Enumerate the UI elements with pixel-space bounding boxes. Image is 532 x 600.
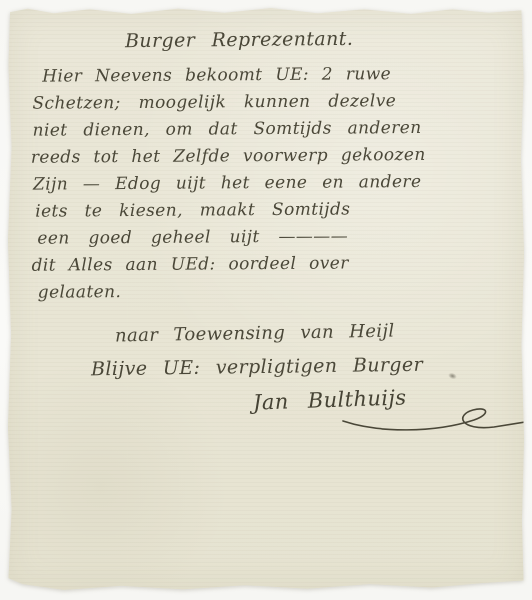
letter-body-line: Hier Neevens bekoomt UE: 2 ruwe: [42, 60, 516, 90]
letter-body-line: reeds tot het Zelfde voorwerp gekoozen: [31, 141, 517, 171]
letter-body-line: Schetzen; moogelijk kunnen dezelve: [32, 87, 516, 117]
letter-body-line: niet dienen, om dat Somtijds anderen: [33, 114, 517, 144]
letter-body: Hier Neevens bekoomt UE: 2 ruwe Schetzen…: [30, 60, 518, 306]
letter-closing-wish: naar Toewensing van Heijl: [115, 321, 395, 347]
letter-body-line: dit Alles aan UEd: oordeel over: [31, 249, 517, 279]
scan-background: Burger Reprezentant. Hier Neevens bekoom…: [0, 0, 532, 600]
paper-shadow: Burger Reprezentant. Hier Neevens bekoom…: [0, 0, 532, 600]
letter-body-line: Zijn — Edog uijt het eene en andere: [33, 168, 517, 198]
letter-body-line: gelaaten.: [38, 276, 518, 306]
letter-closing-valediction: Blijve UE: verpligtigen Burger: [91, 354, 423, 381]
letter-body-line: iets te kiesen, maakt Somtijds: [35, 195, 517, 225]
ink-smudge: [447, 372, 458, 381]
letter-body-line: een goed geheel uijt ————: [37, 222, 517, 252]
letter-paper: Burger Reprezentant. Hier Neevens bekoom…: [7, 7, 525, 591]
letter-salutation: Burger Reprezentant.: [125, 28, 353, 52]
signature-flourish: [339, 405, 529, 441]
